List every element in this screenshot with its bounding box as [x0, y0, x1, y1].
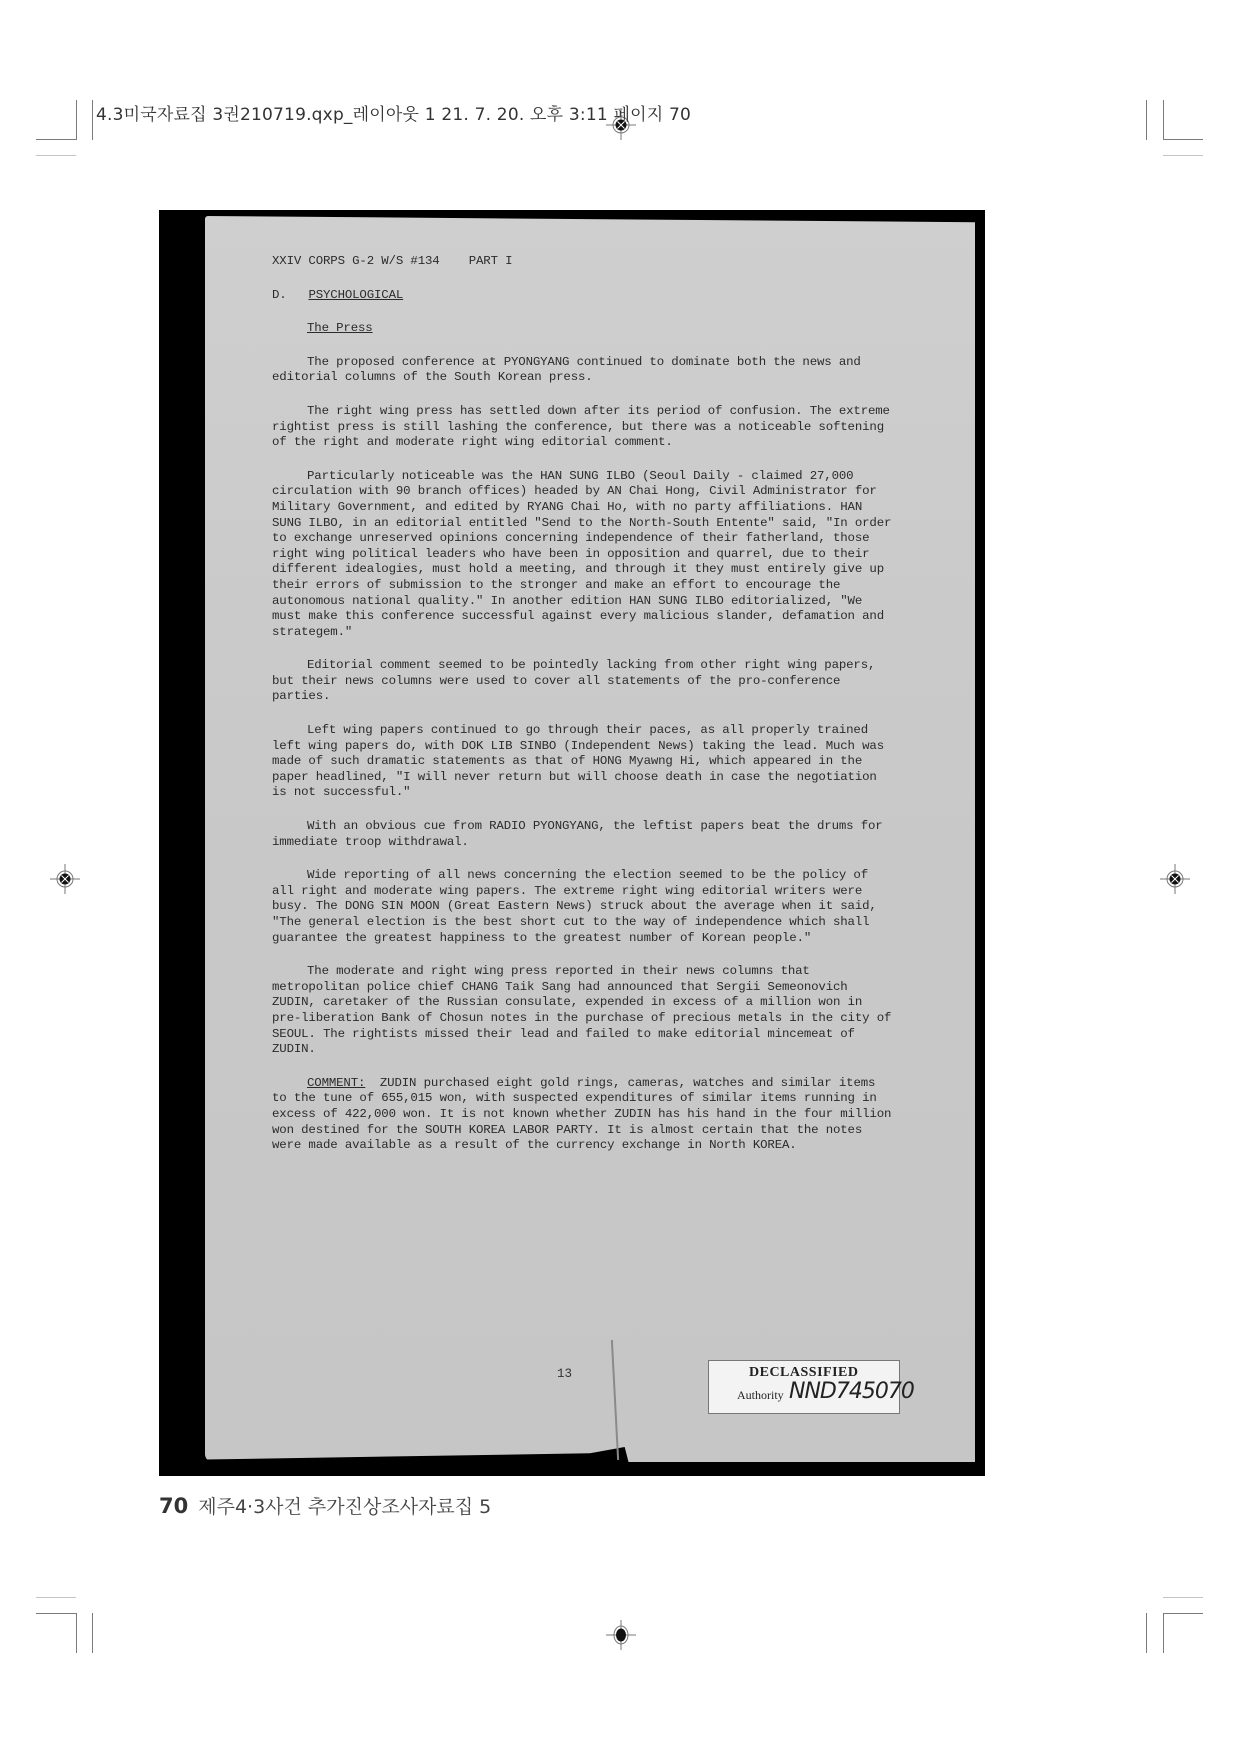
book-page-number: 70: [159, 1494, 188, 1518]
comment-paragraph: COMMENT: ZUDIN purchased eight gold ring…: [272, 1076, 892, 1154]
crop-mark-top-right-v1: [1146, 100, 1147, 140]
document-page-number: 13: [557, 1367, 572, 1381]
paragraph: The right wing press has settled down af…: [272, 404, 892, 451]
crop-mark-top-left-h: [36, 139, 76, 140]
crop-mark-top-left-v: [76, 100, 77, 140]
crop-mark-bottom-left-bleed: [36, 1597, 76, 1598]
crop-mark-bottom-left-h: [36, 1613, 76, 1614]
stamp-authority-value: NND745070: [789, 1379, 914, 1404]
section-label: D.: [272, 288, 287, 302]
crop-mark-bottom-right-bleed: [1163, 1597, 1203, 1598]
crop-mark-bottom-left-v2: [92, 1613, 93, 1653]
section-title: PSYCHOLOGICAL: [308, 288, 403, 302]
book-title: 제주4·3사건 추가진상조사자료집 5: [198, 1496, 491, 1518]
registration-mark-right-icon: [1160, 864, 1190, 894]
crop-mark-bottom-left-v1: [76, 1613, 77, 1653]
crop-mark-bottom-right-v1: [1146, 1613, 1147, 1653]
crop-mark-top-left-bleed: [36, 155, 76, 156]
registration-mark-bottom-icon: [606, 1620, 636, 1650]
crop-mark-top-right-h: [1163, 139, 1203, 140]
subsection-title: The Press: [307, 321, 373, 335]
subsection-heading: The Press: [307, 321, 892, 337]
crop-mark-top-left-inner: [92, 100, 93, 140]
declassified-stamp: DECLASSIFIED Authority NND745070: [708, 1360, 900, 1414]
crop-mark-top-right-v2: [1163, 100, 1164, 140]
paragraph: Particularly noticeable was the HAN SUNG…: [272, 469, 892, 641]
document-header: XXIV CORPS G-2 W/S #134 PART I: [272, 254, 892, 270]
section-heading: D. PSYCHOLOGICAL: [272, 288, 892, 304]
print-slug-line: 4.3미국자료집 3권210719.qxp_레이아웃 1 21. 7. 20. …: [96, 100, 691, 125]
comment-label: COMMENT:: [307, 1076, 365, 1090]
crop-mark-top-right-bleed: [1163, 155, 1203, 156]
paragraph: Editorial comment seemed to be pointedly…: [272, 658, 892, 705]
registration-mark-left-icon: [50, 864, 80, 894]
paragraph: Wide reporting of all news concerning th…: [272, 868, 892, 946]
typewritten-document: XXIV CORPS G-2 W/S #134 PART I D. PSYCHO…: [272, 254, 892, 1172]
comment-text: ZUDIN purchased eight gold rings, camera…: [272, 1076, 899, 1152]
paragraph: The proposed conference at PYONGYANG con…: [272, 355, 892, 386]
crop-mark-bottom-right-v2: [1163, 1613, 1164, 1653]
book-footer: 70제주4·3사건 추가진상조사자료집 5: [159, 1492, 491, 1519]
stamp-authority-label: Authority: [737, 1388, 784, 1403]
crop-mark-bottom-right-h: [1163, 1613, 1203, 1614]
paragraph: Left wing papers continued to go through…: [272, 723, 892, 801]
paragraph: The moderate and right wing press report…: [272, 964, 892, 1058]
paragraph: With an obvious cue from RADIO PYONGYANG…: [272, 819, 892, 850]
